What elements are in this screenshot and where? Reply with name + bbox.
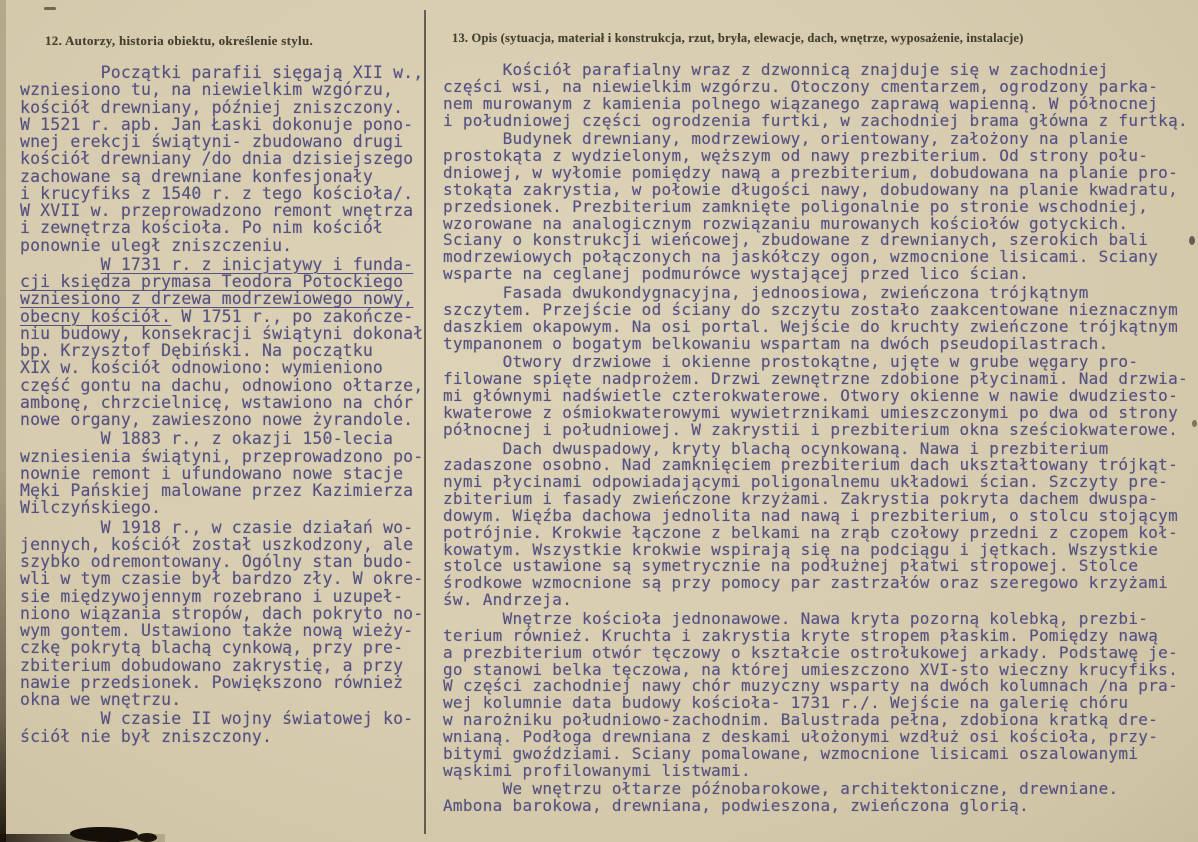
text-line: ściół nie był zniszczony. [20, 728, 434, 745]
text-line: cji księdza prymasa Teodora Potockiego [20, 273, 434, 290]
text-line: wnej erekcji świątyni- zbudowano drugi [20, 133, 434, 150]
column-history-text: Początki parafii sięgają XII w.,wzniesio… [20, 64, 434, 745]
text-line: szybko odremontowany. Ogólny stan budo- [20, 553, 434, 570]
text-line: zbiterium dobudowano zakrystię, a przy [20, 657, 434, 674]
text-line: część gontu na dachu, odnowiono ołtarze, [20, 377, 434, 394]
section-13-header: 13. Opis (sytuacja, materiał i konstrukc… [452, 31, 1023, 46]
text-line: nownie remont i ufundowano nowe stacje [20, 465, 434, 482]
text-line: okna we wnętrzu. [20, 691, 434, 708]
text-line: nem murowanym z kamienia polnego wiązane… [443, 96, 1193, 113]
text-line: W 1883 r., z okazji 150-lecia [20, 430, 434, 447]
column-description-text: Kościół parafialny wraz z dzwonnicą znaj… [443, 62, 1193, 815]
paragraph: W czasie II wojny światowej ko-ściół nie… [20, 710, 434, 745]
text-line: Ambona barokowa, drewniana, podwieszona,… [443, 798, 1193, 815]
paragraph: Otwory drzwiowe i okienne prostokątne, u… [443, 354, 1193, 438]
text-line: XIX w. kościół odnowiono: wymieniono [20, 359, 434, 376]
text-line: wym gontem. Ustawiono także nową wieży- [20, 622, 434, 639]
text-line: wzniesiono z drzewa modrzewiowego nowy, [20, 290, 434, 307]
text-line: Początki parafii sięgają XII w., [20, 64, 434, 81]
text-line: i zewnętrza kościoła. Po nim kościół [20, 219, 434, 236]
paragraph: Kościół parafialny wraz z dzwonnicą znaj… [443, 62, 1193, 129]
text-line: jennych, kościół został uszkodzony, ale [20, 536, 434, 553]
column-divider-line [424, 10, 426, 834]
paragraph: Wnętrze kościoła jednonawowe. Nawa kryta… [443, 611, 1193, 779]
text-line: ambonę, chrzcielnicę, wstawiono na chór [20, 394, 434, 411]
text-line: i krucyfiks z 1540 r. z tego kościoła/. [20, 185, 434, 202]
scan-artifact-speck [1192, 420, 1197, 427]
paragraph: W 1918 r., w czasie działań wo-jennych, … [20, 519, 434, 709]
paragraph: Budynek drewniany, modrzewiowy, orientow… [443, 131, 1193, 283]
text-line: północnej i południowej. W zakrystii i p… [443, 422, 1193, 439]
text-line: nowe organy, zawieszono nowe żyrandole. [20, 411, 434, 428]
paragraph: Początki parafii sięgają XII w.,wzniesio… [20, 64, 434, 254]
text-line: Wilczyńskiego. [20, 499, 434, 516]
text-line: bp. Krzysztof Dębiński. Na początku [20, 342, 434, 359]
text-line: kościół drewniany /do dnia dzisiejszego [20, 150, 434, 167]
scan-artifact-blob [137, 833, 157, 842]
text-line: św. Andrzeja. [443, 592, 1193, 609]
scan-edge-left [0, 0, 6, 842]
paragraph: W 1883 r., z okazji 150-leciawzniesienia… [20, 430, 434, 516]
text-line: niono wiązania stropów, dach pokryto no- [20, 605, 434, 622]
paragraph: Dach dwuspadowy, kryty blachą ocynkowaną… [443, 441, 1193, 609]
text-line: zachowane są drewniane konfesjonały [20, 168, 434, 185]
paragraph: W 1731 r. z inicjatywy i funda-cji księd… [20, 256, 434, 429]
text-line: wąskimi profilowanymi listwami. [443, 763, 1193, 780]
text-line: kościół drewniany, później zniszczony. [20, 99, 434, 116]
text-line: W XVII w. przeprowadzono remont wnętrza [20, 202, 434, 219]
text-line: W czasie II wojny światowej ko- [20, 710, 434, 727]
text-line: wzniesiono tu, na niewielkim wzgórzu, [20, 81, 434, 98]
text-line: tympanonem o bogatym belkowaniu wspartam… [443, 336, 1193, 353]
text-line: ponownie uległ zniszczeniu. [20, 237, 434, 254]
paragraph: Fasada dwukondygnacyjna, jednoosiowa, zw… [443, 285, 1193, 352]
text-line: W 1521 r. apb. Jan Łaski dokonuje pono- [20, 116, 434, 133]
text-line: a prezbiterium otwór tęczowy o kształcie… [443, 645, 1193, 662]
text-line: obecny kościół. W 1751 r., po zakończe- [20, 308, 434, 325]
scanned-document-page: 12. Autorzy, historia obiektu, określeni… [0, 0, 1198, 842]
text-line: czkę pokrytą blachą cynkową, przy pre- [20, 639, 434, 656]
text-line: sie międzywojennym rozebrano i uzupeł- [20, 588, 434, 605]
text-line: W 1731 r. z inicjatywy i funda- [20, 256, 434, 273]
text-line: nawie przedsionek. Powiększono również [20, 674, 434, 691]
scan-artifact-speck [1189, 236, 1195, 245]
text-line: i południowej części ogrodzenia furtki, … [443, 113, 1193, 130]
text-line: wli w tym czasie był bardzo zły. W okre- [20, 570, 434, 587]
text-line: daszkiem okapowym. Na osi portal. Wejści… [443, 319, 1193, 336]
scan-artifact-speck [44, 7, 56, 10]
paragraph: We wnętrzu ołtarze późnobarokowe, archit… [443, 781, 1193, 815]
text-line: Męki Pańskiej malowane przez Kazimierza [20, 482, 434, 499]
text-line: wzniesienia świątyni, przeprowadzono po- [20, 448, 434, 465]
text-line: niu budowy, konsekracji świątyni dokonał [20, 325, 434, 342]
text-line: W 1918 r., w czasie działań wo- [20, 519, 434, 536]
section-12-header: 12. Autorzy, historia obiektu, określeni… [45, 33, 313, 49]
text-line: wsparte na ceglanej podmurówce wystające… [443, 266, 1193, 283]
